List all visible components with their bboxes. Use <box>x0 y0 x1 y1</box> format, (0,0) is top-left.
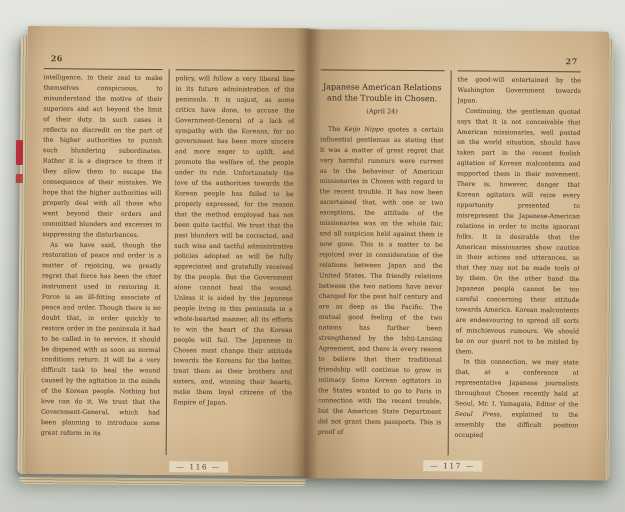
page-number-left: 26 <box>51 53 63 63</box>
red-bookmark-tab-small <box>16 174 23 183</box>
paragraph: In this connection, we may state that, a… <box>454 357 578 442</box>
article-body: The Keijo Nippo quotes a certain influen… <box>318 124 444 439</box>
column-divider-rule <box>166 69 170 455</box>
page-footer-right: — 117 — <box>423 460 482 471</box>
page-footer-left: — 116 — <box>169 461 228 472</box>
page-number-right: 27 <box>566 56 578 66</box>
column-divider-rule <box>447 70 451 455</box>
article-title: Japanese American Relations and the Trou… <box>321 81 443 104</box>
text-column-27-1: Japanese American Relations and the Trou… <box>318 69 445 455</box>
text-column-26-1: intelligence, in their zeal to make them… <box>41 68 163 455</box>
paragraph: Continuing, the gentleman quoted says th… <box>455 106 580 358</box>
column-text: Japanese American Relations and the Trou… <box>318 81 444 438</box>
photo-background: 26 intelligence, in their zeal to make t… <box>0 0 625 512</box>
red-bookmark-tab <box>16 140 23 165</box>
paragraph: the good-will entertained by the Washing… <box>457 74 581 106</box>
column-text: the good-will entertained by the Washing… <box>454 74 580 441</box>
right-page-columns: Japanese American Relations and the Trou… <box>318 69 581 456</box>
paragraph: The Keijo Nippo quotes a certain influen… <box>318 124 444 439</box>
column-text: policy, will follow a very liberal line … <box>173 73 295 408</box>
text-column-26-2: policy, will follow a very liberal line … <box>173 69 295 456</box>
paragraph: policy, will follow a very liberal line … <box>173 73 295 408</box>
article-date: (April 24) <box>320 106 444 117</box>
paragraph: As we have said, though the restoration … <box>41 239 162 439</box>
text-column-27-2: the good-will entertained by the Washing… <box>454 70 581 456</box>
open-book: 26 intelligence, in their zeal to make t… <box>20 24 610 485</box>
column-text: intelligence, in their zeal to make them… <box>41 72 163 439</box>
right-page: 27 Japanese American Relations and the T… <box>305 29 609 480</box>
paragraph: intelligence, in their zeal to make them… <box>42 72 162 240</box>
left-page-columns: intelligence, in their zeal to make them… <box>41 68 295 456</box>
left-page: 26 intelligence, in their zeal to make t… <box>24 26 309 476</box>
